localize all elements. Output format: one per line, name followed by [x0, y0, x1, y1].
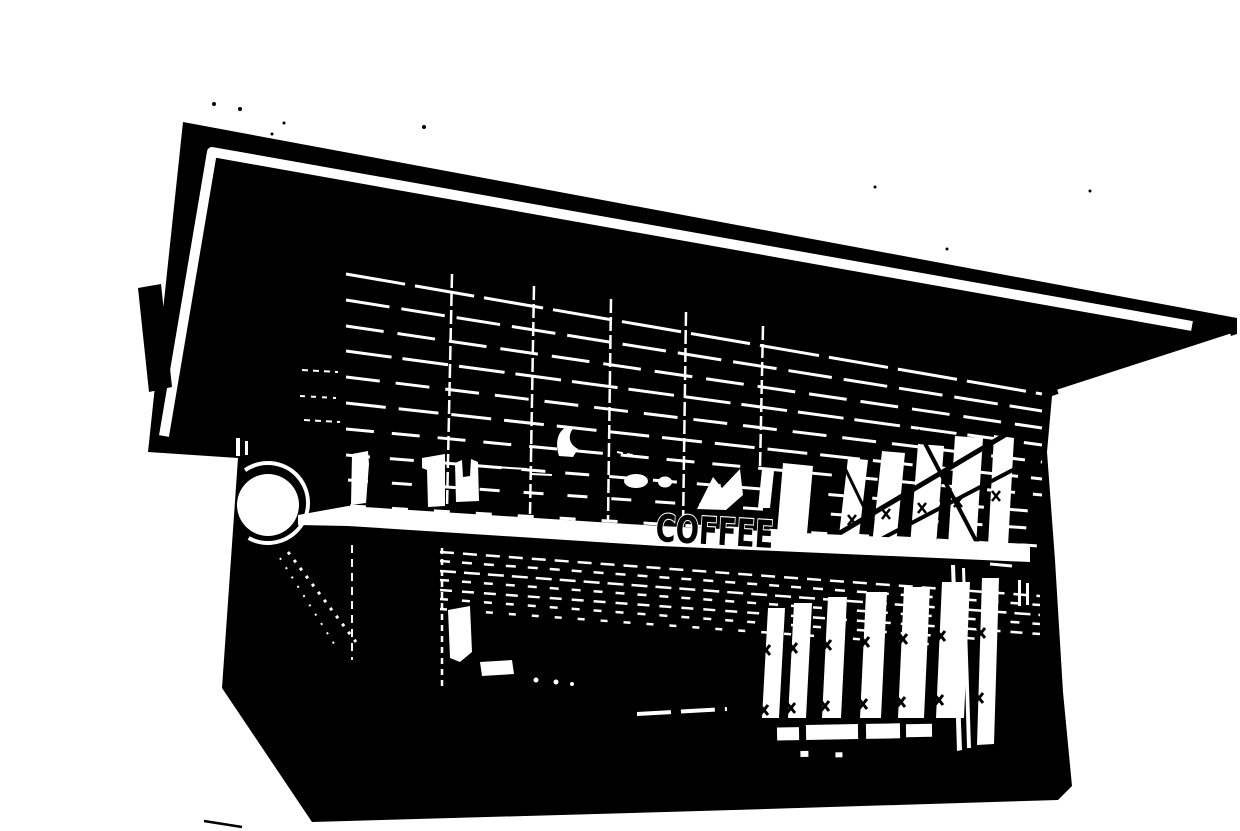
scene-canvas: COFFEE	[0, 0, 1240, 831]
coffee-sign-text: COFFEE	[654, 506, 774, 557]
coffee-kiosk-photo: COFFEE	[0, 0, 1240, 831]
